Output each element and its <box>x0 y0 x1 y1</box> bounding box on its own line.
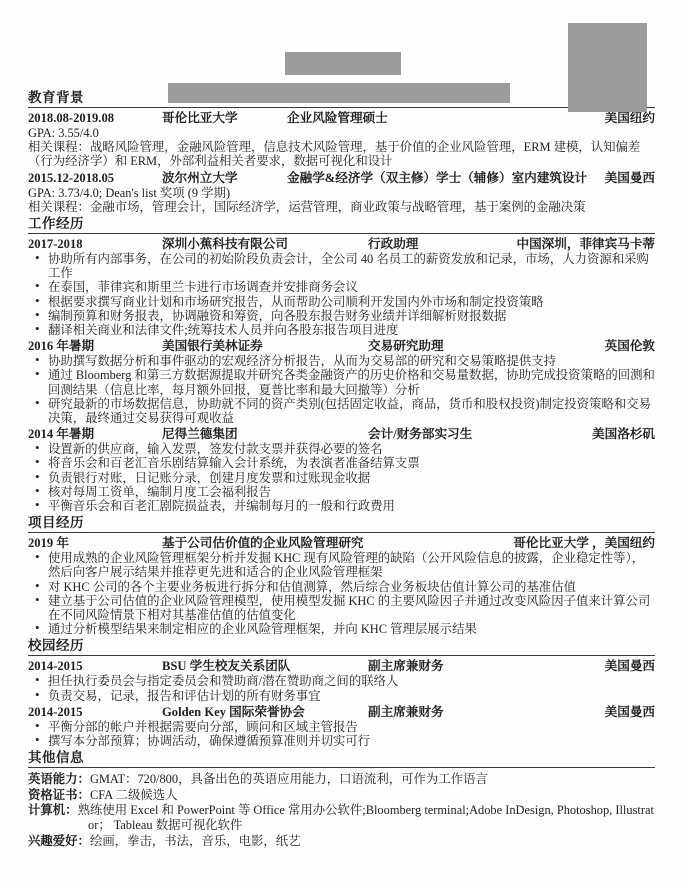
bullet-item: 通过 Bloomberg 和第三方数据源提取并研究各类金融资产的历史价格和交易量… <box>28 368 655 396</box>
bullet-item: 将音乐会和百老汇音乐剧结算输入会计系统，为表演者准备结算支票 <box>28 456 655 470</box>
entry-location: 美国洛杉矶 <box>592 426 655 442</box>
entry-date: 2014-2015 <box>28 704 162 720</box>
courses-line: 相关课程：金融市场，管理会计，国际经济学，运营管理，商业政策与战略管理，基于案例… <box>28 200 655 214</box>
section-title: 项目经历 <box>28 515 655 533</box>
info-label: 计算机： <box>28 803 78 817</box>
info-text: GMAT：720/800，具备出色的英语应用能力，口语流利，可作为工作语言 <box>90 772 488 786</box>
entry-date: 2019 年 <box>28 535 162 551</box>
bullet-item: 编制预算和财务报表，协调融资和筹资，向各股东报告财务业绩并详细解析财报数据 <box>28 309 655 323</box>
work-entry-row: 2017-2018 深圳小蕉科技有限公司 行政助理 中国深圳，菲律宾马卡蒂 <box>28 236 655 252</box>
project-title: 基于公司估价值的企业风险管理研究 <box>162 535 513 551</box>
section-other: 其他信息 英语能力：GMAT：720/800，具备出色的英语应用能力，口语流利，… <box>28 750 655 848</box>
entry-date: 2015.12-2018.05 <box>28 170 162 186</box>
photo-placeholder <box>568 23 647 112</box>
info-label: 资格证书： <box>28 788 90 802</box>
info-text: CFA 二级候选人 <box>90 788 178 802</box>
entry-date: 2018.08-2019.08 <box>28 110 162 126</box>
gpa-line: GPA: 3.55/4.0 <box>28 126 655 140</box>
entry-location: 美国曼西 <box>605 704 655 720</box>
section-work: 工作经历 2017-2018 深圳小蕉科技有限公司 行政助理 中国深圳，菲律宾马… <box>28 216 655 513</box>
section-title: 其他信息 <box>28 750 655 768</box>
entry-date: 2014 年暑期 <box>28 426 162 442</box>
entry-organization: 美国银行美林证券 <box>162 338 368 354</box>
info-label: 英语能力： <box>28 772 90 786</box>
campus-entry-row: 2014-2015 Golden Key 国际荣誉协会 副主席兼财务 美国曼西 <box>28 704 655 720</box>
bullet-item: 平衡音乐会和百老汇剧院损益表，并编制每月的一般和行政费用 <box>28 499 655 513</box>
entry-degree: 企业风险管理硕士 <box>287 110 605 126</box>
bullet-item: 研究最新的市场数据信息，协助就不同的资产类别(包括固定收益，商品，货币和股权投资… <box>28 397 655 425</box>
work-entry-row: 2014 年暑期 尼得兰德集团 会计/财务部实习生 美国洛杉矶 <box>28 426 655 442</box>
info-label: 兴趣爱好： <box>28 834 90 848</box>
bullet-item: 协助撰写数据分析和事件驱动的宏观经济分析报告，从而为交易部的研究和交易策略提供支… <box>28 354 655 368</box>
redacted-name-block <box>285 52 401 75</box>
entry-role: 会计/财务部实习生 <box>368 426 592 442</box>
entry-location: 英国伦敦 <box>605 338 655 354</box>
bullet-item: 根据要求撰写商业计划和市场研究报告，从而帮助公司顺利开发国内外市场和制定投资策略 <box>28 295 655 309</box>
info-line-hobbies: 兴趣爱好：绘画，拳击，书法，音乐，电影，纸艺 <box>28 834 655 849</box>
entry-location: 美国纽约 <box>605 110 655 126</box>
bullet-item: 建立基于公司估值的企业风险管理模型，使用模型发掘 KHC 的主要风险因子并通过改… <box>28 594 655 622</box>
bullet-item: 在泰国，菲律宾和斯里兰卡进行市场调查并安排商务会议 <box>28 280 655 294</box>
section-title: 校园经历 <box>28 638 655 656</box>
bullet-item: 负责交易，记录，报告和评估计划的所有财务事宜 <box>28 689 655 703</box>
info-line-english: 英语能力：GMAT：720/800，具备出色的英语应用能力，口语流利，可作为工作… <box>28 772 655 787</box>
entry-organization: BSU 学生校友关系团队 <box>162 658 368 674</box>
bullet-item: 平衡分部的帐户并根据需要向分部，顾问和区域主管报告 <box>28 720 655 734</box>
info-line-certificate: 资格证书：CFA 二级候选人 <box>28 788 655 803</box>
entry-role: 交易研究助理 <box>368 338 605 354</box>
work-entry-row: 2016 年暑期 美国银行美林证券 交易研究助理 英国伦敦 <box>28 338 655 354</box>
entry-date: 2016 年暑期 <box>28 338 162 354</box>
entry-organization: Golden Key 国际荣誉协会 <box>162 704 368 720</box>
bullet-item: 核对每周工资单，编制月度工会福利报告 <box>28 485 655 499</box>
project-entry-row: 2019 年 基于公司估价值的企业风险管理研究 哥伦比亚大学 ，美国纽约 <box>28 535 655 551</box>
resume-content: 教育背景 2018.08-2019.08 哥伦比亚大学 企业风险管理硕士 美国纽… <box>28 90 655 848</box>
entry-organization: 哥伦比亚大学 <box>162 110 287 126</box>
section-title: 教育背景 <box>28 90 655 108</box>
bullet-item: 担任执行委员会与指定委员会和赞助商/潜在赞助商之间的联络人 <box>28 674 655 688</box>
courses-line: 相关课程：战略风险管理，金融风险管理，信息技术风险管理，基于价值的企业风险管理，… <box>28 140 655 168</box>
entry-degree: 金融学&经济学（双主修）学士（辅修）室内建筑设计 <box>287 170 605 186</box>
education-entry-row: 2018.08-2019.08 哥伦比亚大学 企业风险管理硕士 美国纽约 <box>28 110 655 126</box>
bullet-item: 协助所有内部事务，在公司的初始阶段负责会计，全公司 40 名员工的薪资发放和记录… <box>28 252 655 280</box>
entry-role: 行政助理 <box>368 236 516 252</box>
bullet-item: 对 KHC 公司的各个主要业务板进行拆分和估值测算，然后综合业务板块估值计算公司… <box>28 580 655 594</box>
entry-organization: 波尔州立大学 <box>162 170 287 186</box>
info-line-computer: 计算机：熟练使用 Excel 和 PowerPoint 等 Office 常用办… <box>28 803 655 832</box>
entry-location: 美国曼西 <box>605 658 655 674</box>
gpa-line: GPA: 3.73/4.0; Dean's list 奖项 (9 学期) <box>28 186 655 200</box>
campus-entry-row: 2014-2015 BSU 学生校友关系团队 副主席兼财务 美国曼西 <box>28 658 655 674</box>
bullet-item: 通过分析模型结果来制定相应的企业风险管理框架，并向 KHC 管理层展示结果 <box>28 622 655 636</box>
entry-role: 副主席兼财务 <box>368 658 605 674</box>
info-text: 绘画，拳击，书法，音乐，电影，纸艺 <box>90 834 301 848</box>
entry-location: 美国曼西 <box>605 170 655 186</box>
section-campus: 校园经历 2014-2015 BSU 学生校友关系团队 副主席兼财务 美国曼西 … <box>28 638 655 748</box>
bullet-item: 负责银行对账，日记账分录，创建月度发票和过账现金收据 <box>28 471 655 485</box>
bullet-item: 撰写本分部预算；协调活动，确保遵循预算准则并切实可行 <box>28 734 655 748</box>
education-entry-row: 2015.12-2018.05 波尔州立大学 金融学&经济学（双主修）学士（辅修… <box>28 170 655 186</box>
entry-role: 副主席兼财务 <box>368 704 605 720</box>
entry-date: 2017-2018 <box>28 236 162 252</box>
section-title: 工作经历 <box>28 216 655 234</box>
section-project: 项目经历 2019 年 基于公司估价值的企业风险管理研究 哥伦比亚大学 ，美国纽… <box>28 515 655 636</box>
resume-page: 教育背景 2018.08-2019.08 哥伦比亚大学 企业风险管理硕士 美国纽… <box>0 0 687 889</box>
other-info-block: 英语能力：GMAT：720/800，具备出色的英语应用能力，口语流利，可作为工作… <box>28 772 655 848</box>
entry-location: 哥伦比亚大学 ，美国纽约 <box>513 535 655 551</box>
entry-organization: 尼得兰德集团 <box>162 426 368 442</box>
bullet-item: 翻译相关商业和法律文件;统筹技术人员并向各股东报告项目进度 <box>28 323 655 337</box>
info-text: 熟练使用 Excel 和 PowerPoint 等 Office 常用办公软件;… <box>78 803 654 832</box>
entry-date: 2014-2015 <box>28 658 162 674</box>
entry-organization: 深圳小蕉科技有限公司 <box>162 236 368 252</box>
section-education: 教育背景 2018.08-2019.08 哥伦比亚大学 企业风险管理硕士 美国纽… <box>28 90 655 214</box>
bullet-item: 设置新的供应商，输入发票，签发付款支票并获得必要的签名 <box>28 442 655 456</box>
entry-location: 中国深圳，菲律宾马卡蒂 <box>516 236 655 252</box>
bullet-item: 使用成熟的企业风险管理框架分析并发掘 KHC 现有风险管理的缺陷（公开风险信息的… <box>28 551 655 579</box>
